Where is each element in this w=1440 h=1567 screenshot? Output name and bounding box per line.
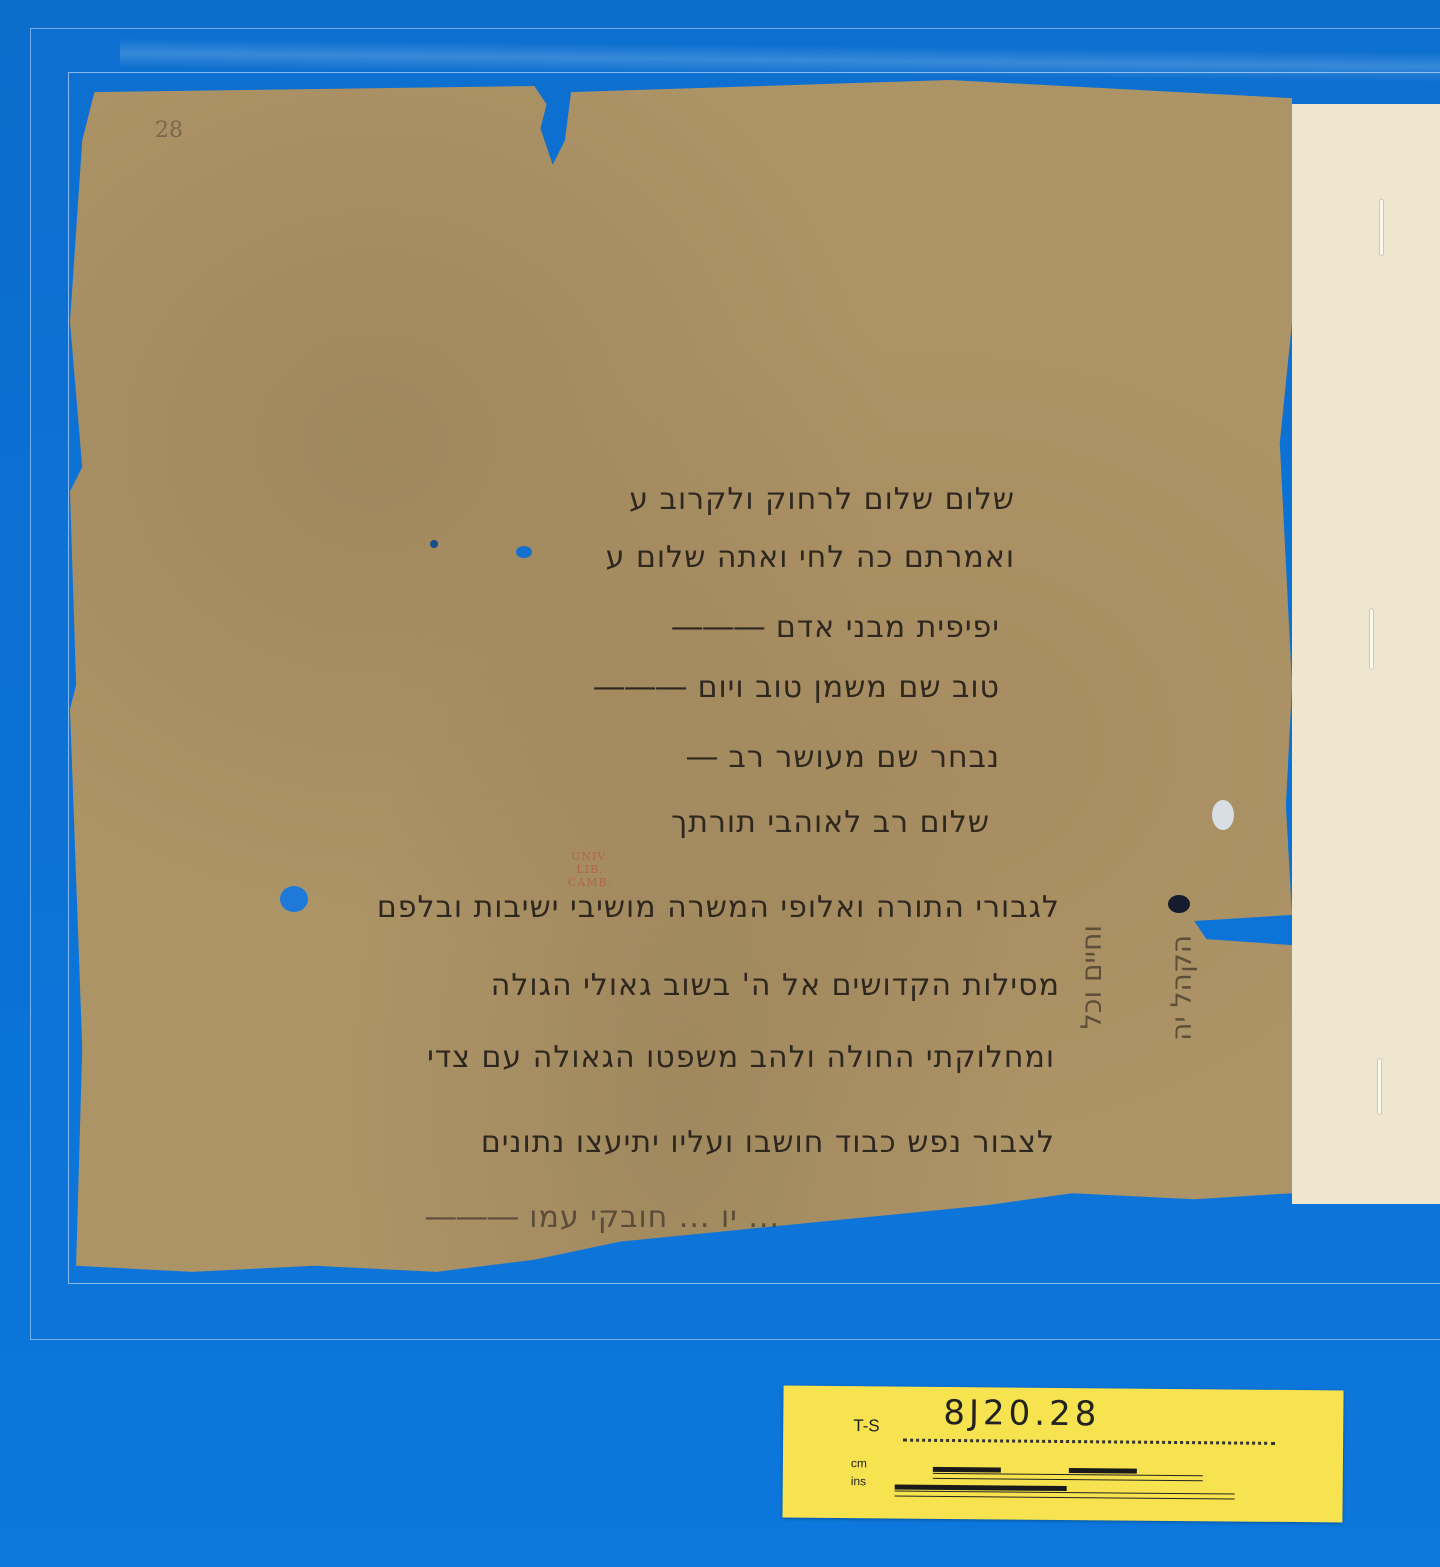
dotted-line <box>903 1439 1275 1445</box>
text-line: ומחלוקתי החולה ולהב משפטו הגאולה עם צדי <box>427 1040 1055 1075</box>
text-line: יפיפית מבני אדם ――― <box>672 610 1000 645</box>
text-line: ואמרתם כה לחי ואתה שלום ע <box>606 540 1015 575</box>
stitch-mark <box>1370 609 1373 669</box>
text-line: מסילות הקדושים אל ה' בשוב גאולי הגולה <box>491 968 1060 1003</box>
stamp-line: UNIV. <box>560 850 620 863</box>
stamp-line: LIB. <box>560 863 620 876</box>
folio-number: 28 <box>155 118 183 143</box>
margin-note: וחיים וכל <box>1075 925 1108 1029</box>
margin-note: הקהל יה <box>1165 935 1198 1041</box>
stamp-line: CAMB. <box>560 876 620 889</box>
text-line: לצבור נפש כבוד חושבו ועליו יתיעצו נתונים <box>481 1125 1055 1160</box>
shelfmark-label: T-S 8J20.28 cm ins <box>782 1386 1343 1523</box>
text-line: שלום רב לאוהבי תורתך <box>671 805 990 840</box>
library-stamp: UNIV. LIB. CAMB. <box>560 850 620 889</box>
stitch-mark <box>1378 1059 1381 1114</box>
text-line: שלום שלום לרחוק ולקרוב ע <box>629 482 1015 517</box>
scale-bar-cm <box>933 1467 1203 1481</box>
worm-hole <box>1168 895 1190 913</box>
stitch-mark <box>1380 200 1383 255</box>
worm-hole <box>280 886 308 912</box>
text-line: נבחר שם מעושר רב ― <box>687 740 1000 775</box>
shelfmark: 8J20.28 <box>943 1393 1100 1434</box>
scale-label-cm: cm <box>851 1456 867 1470</box>
label-prefix: T-S <box>853 1416 880 1436</box>
text-line: ... יו ... חובקי עמו ――― <box>426 1200 780 1235</box>
scale-label-ins: ins <box>851 1474 866 1488</box>
text-line: טוב שם משמן טוב ויום ――― <box>594 670 1000 705</box>
text-line: לגבורי התורה ואלופי המשרה מושיבי ישיבות … <box>377 890 1060 925</box>
worm-hole <box>1212 800 1234 830</box>
worm-hole <box>516 546 532 558</box>
scale-bar-ins <box>895 1485 1235 1500</box>
cream-mount-board <box>1292 104 1440 1204</box>
worm-hole <box>430 540 438 548</box>
